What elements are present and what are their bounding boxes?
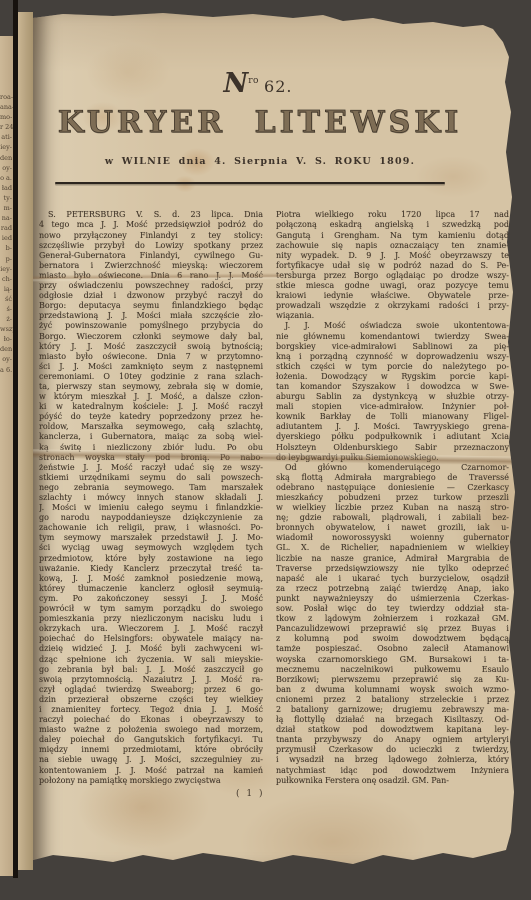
text-line: za rzecz potrzebną zaiąć twierdzę Anap, … [276, 584, 509, 594]
dateline: w WILNIE dnia 4. Sierpnia V. S. ROKU 180… [19, 156, 501, 167]
text-line: J. J. Mość oświadcza swoie ukontentowa- [276, 321, 509, 331]
text-line: Traverse przedsięwziowszy nie tylko odep… [276, 564, 509, 574]
text-line: szczęśliwie przybył do Lowizy spotkany p… [39, 241, 263, 251]
text-line: nę; gdzie rabowali, plądrowali, i zabiia… [276, 513, 509, 523]
text-line: borgskiey vice-admirałowi Sablinowi za p… [276, 342, 509, 352]
fragment-line: ło- [0, 334, 12, 344]
text-line: żyć powinszowanie pomyślnego przybycia d… [39, 321, 263, 331]
fragment-line: p- [0, 254, 12, 264]
text-line: mali stopien vice-admirałow. Inżynier po… [276, 402, 509, 412]
text-line: ta, pierwszy stan seymowy, zebrała się w… [39, 382, 263, 392]
fragment-line: ch- [0, 274, 12, 284]
text-line: Pancazulidzewowi przeprawić się przez Bu… [276, 624, 509, 634]
text-line: kontentowaniem J. J. Mość patrzał na kam… [39, 766, 263, 776]
text-line: pułkownika Ferstera onę osadził. GM. Pan… [276, 776, 509, 786]
text-line: zachowanie ich religii, praw, i własnośc… [39, 523, 263, 533]
text-line: liczbie na nasze granice, Admirał Margra… [276, 554, 509, 564]
text-line: ści J. J. Mości zamknięto seym z następn… [39, 362, 263, 372]
text-line: dzin przezierał obszerne części tey wiel… [39, 695, 263, 705]
text-line: przy oświadczeniu powszechney radości, p… [39, 281, 263, 291]
text-line: 4 tego mca J. J. Mość przedsięwzioł podr… [39, 220, 263, 230]
text-line: wiązania. [276, 311, 509, 321]
fragment-line: o a. [0, 173, 12, 183]
fragment-line: ana- [0, 102, 12, 112]
text-line: Borzikowi; pierwszemu przeprawić się za … [276, 675, 509, 685]
text-line: Borgo: deputacya seymu finlandzkiego będ… [39, 301, 263, 311]
text-line: okrzykach ura. Wieczorem J. J. Mość racz… [39, 624, 263, 634]
text-line: którey tłumaczenie kanclerz ogłosił seym… [39, 584, 263, 594]
text-line: stkie miesca godne uwagi, oraz pozycye t… [276, 281, 509, 291]
text-line: przymusił Czerkasow do ucieczki z twierd… [276, 745, 509, 755]
text-line: kanclerza, i Gubernatora, maiąc za sobą … [39, 432, 263, 442]
issue-number: Nro 62. [17, 68, 499, 99]
text-line: odebrano następuiące doniesienie — Czerk… [276, 483, 509, 493]
text-line: fortyfikacye udał się w podróż nazad do … [276, 261, 509, 271]
page-number: ( 1 ) [236, 789, 264, 799]
fragment-line: ż- [0, 314, 12, 324]
text-line: żeństwie J. J. Mość raczył udać się ze w… [39, 463, 263, 473]
text-line: czył oglądać twierdzę Sweaborg; przez 6 … [39, 685, 263, 695]
text-line: tnanta przybywszy do Anapy ogniem artyle… [276, 735, 509, 745]
text-line: adiutantem J. J. Mości. Tawryyskiego gre… [276, 422, 509, 432]
text-line: ki w katedralnym kościele: J. J. Mość ra… [39, 402, 263, 412]
text-line: nity wypadek. D. 9 J. J. Mość obeyrzawsz… [276, 251, 509, 261]
text-line: mieszkańcy pobudzeni przez turkow przesz… [276, 493, 509, 503]
text-line: tamże pospieszać. Osobno zalecił Atamano… [276, 644, 509, 654]
fragment-line: ied [0, 233, 12, 243]
text-line: Gangutą i Grengham. Na tym kamieniu dotą… [276, 231, 509, 241]
fragment-line: den [0, 153, 12, 163]
issue-number-value: 62. [264, 77, 292, 96]
newspaper-title: KURYER LITEWSKI [19, 105, 501, 140]
fragment-line: na- [0, 213, 12, 223]
text-line: GL. X. de Richelier, napadnieniem w wiel… [276, 543, 509, 553]
text-line: dząc spełnione ich życzenia. W sali miey… [39, 655, 263, 665]
text-line: cym. Po zakończoney sessyi J. J. Mość [39, 594, 263, 604]
text-line: dział statkow pod dowodztwem kapitana le… [276, 725, 509, 735]
text-line: napaść ale i ukarać tych burzycielow, os… [276, 574, 509, 584]
text-line: który J. J. Mość zaszczycił swoią bytnoś… [39, 342, 263, 352]
masthead-rule [55, 182, 445, 184]
scanned-newspaper-screenshot: { "masthead": { "issue_prefix": "N", "is… [0, 0, 531, 900]
text-line: raczył poiechać do Ekonas i obeyrzawszy … [39, 715, 263, 725]
article-column-right: Piotra wielkiego roku 1720 lipca 17 nadp… [276, 210, 509, 785]
text-line: Piotra wielkiego roku 1720 lipca 17 nad [276, 210, 509, 220]
text-line: kową, J. J. Mość zamknoł posiedzenie mow… [39, 574, 263, 584]
text-line: swoią przytomnością. Nazaiutrz J. J. Moś… [39, 675, 263, 685]
text-line: powrócił w tym samym porządku do swoiego [39, 604, 263, 614]
text-line: roldow, Marszałka seymowego, całą szlach… [39, 422, 263, 432]
text-line: natychmiast idąc pod dowodztwem Inżynier… [276, 766, 509, 776]
text-line: tersburga przez Borgo oglądaiąc po drodz… [276, 271, 509, 281]
text-line: nowo przyłączoney Finlandyi z tey stolic… [39, 231, 263, 241]
text-line: i znamienitey fortecy. Tegoż dnia J. J. … [39, 705, 263, 715]
fragment-line: wszy- [0, 324, 12, 334]
text-line: przedmiotow, które były zostawione na ie… [39, 554, 263, 564]
text-line: sow. Posłał więc do tey twierdzy oddział… [276, 604, 509, 614]
text-line: miasto ważne z położenia swoiego nad mor… [39, 725, 263, 735]
text-line: go narodu naypoddanieysze dziękczynienie… [39, 513, 263, 523]
text-line: mecznemu naczelnikowi pułkowemu Esaulo [276, 665, 509, 675]
text-line: tym seymowy marszałek przedstawił J. J. … [39, 533, 263, 543]
issue-number-superscript: ro [248, 76, 259, 86]
text-line: póyść do teyże katedry poprzedzony przez… [39, 412, 263, 422]
text-line: stronach woyska stały pod bronią. Po nab… [39, 453, 263, 463]
fragment-line: b- [0, 243, 12, 253]
text-line: i wysadził na brzeg lądowego żołnierza, … [276, 755, 509, 765]
fragment-line: oy- [0, 163, 12, 173]
text-line: dzieię widzieć J. J. Mość byli zachwycen… [39, 644, 263, 654]
text-line: z kolumną pod swoim dowodztwem będącą [276, 634, 509, 644]
text-line: w którym mieszkał J. J. Mość, a dalsze c… [39, 392, 263, 402]
text-line: kraiowi iedynie właściwe. Obywatele prze… [276, 291, 509, 301]
text-line: Generał-Gubernatora Finlandyi, cywilnego… [39, 251, 263, 261]
text-line: kną i porządną czynność w doprowadzeniu … [276, 352, 509, 362]
text-line: do leybgwardyi pułku Siemionowskiego. [276, 453, 509, 463]
article-column-left: S. PETERSBURG V. S. d. 23 lipca. Dnia4 t… [39, 210, 263, 785]
text-line: odgłosie dział i dzwonow przybyć raczył … [39, 291, 263, 301]
text-line: cnionemi przez 2 bataliony strzeleckie i… [276, 695, 509, 705]
text-line: dyerskiego półku podpułkownik i adiutant… [276, 432, 509, 442]
text-line: połączoną eskadrą angielską i szwedzką p… [276, 220, 509, 230]
fragment-line: ty- [0, 193, 12, 203]
text-line: stkiemi urzędnikami seymu do sali powsze… [39, 473, 263, 483]
text-line: J. Mości w imieniu całego seymu i finlan… [39, 503, 263, 513]
article-body: S. PETERSBURG V. S. d. 23 lipca. Dnia4 t… [39, 210, 515, 785]
fragment-line: iey- [0, 142, 12, 152]
text-line: między innemi przedmiotami, które obróci… [39, 745, 263, 755]
fragment-line: ś- [0, 304, 12, 314]
fragment-line: ią- [0, 284, 12, 294]
text-line: tan komandor Szyszakow i dowodzca w Swe- [276, 382, 509, 392]
text-line: Od główno komenderuiącego Czarnomor- [276, 463, 509, 473]
newspaper-page: Nro 62. KURYER LITEWSKI w WILNIE dnia 4.… [33, 12, 515, 866]
text-line: Holszteyn Oldenburskiego Sabir przeznacz… [276, 443, 509, 453]
text-line: ską flottą Admirała margrabiego de Trave… [276, 473, 509, 483]
text-line: bronnych obywatelow, i nawet grozili, ia… [276, 523, 509, 533]
text-line: zachowuie się napis oznaczaiący ten znam… [276, 241, 509, 251]
fragment-line: ść [0, 294, 12, 304]
previous-page-text-fragments: roa-ana-mo-r 24ati-iey-denoy-o a.ładty-m… [0, 36, 13, 375]
text-line: daley poiechał do Gangutskich fortyfikac… [39, 735, 263, 745]
text-line: Borgo. Wieczorem członki seymowe dały ba… [39, 332, 263, 342]
fragment-line: mo- [0, 112, 12, 122]
text-line: prowadzali wszędzie z okrzykami radości … [276, 301, 509, 311]
text-line: łą flottyllę działać na brzegach Kisilta… [276, 715, 509, 725]
fragment-line: a 6. [0, 365, 12, 375]
fragment-line: den [0, 344, 12, 354]
text-line: ban z dwuma kolumnami woysk swoich wzmo- [276, 685, 509, 695]
page-fold-margin [18, 12, 33, 870]
text-line: S. PETERSBURG V. S. d. 23 lipca. Dnia [39, 210, 263, 220]
text-line: wiadomił noworossyyski woienny gubernato… [276, 533, 509, 543]
text-line: na siebie uwagę J. J. Mości, szczegulnie… [39, 755, 263, 765]
fragment-line: ati- [0, 132, 12, 142]
text-line: stkich części w tym porcie do należytego… [276, 362, 509, 372]
text-line: poiechać do Helsingfors: obywatele maiąc… [39, 634, 263, 644]
text-line: bernatora i Zwierzchność mieyską: wieczo… [39, 261, 263, 271]
text-line: łożenia. Dowodzący w Rygskim porcie kapi… [276, 372, 509, 382]
text-line: uważanie. Kiedy Kanclerz przeczytał treś… [39, 564, 263, 574]
text-line: go zebrania był bal: J. J. Mość zaszczyc… [39, 665, 263, 675]
text-line: pomieszkania przy niezliczonym nacisku l… [39, 614, 263, 624]
text-line: nego zebrania seymowego. Tam marszałek [39, 483, 263, 493]
fragment-line: rad [0, 223, 12, 233]
text-line: tkow z lądowym żołnierzem i rozkazał GM. [276, 614, 509, 624]
previous-page-edge: roa-ana-mo-r 24ati-iey-denoy-o a.ładty-m… [0, 36, 13, 876]
text-line: aburgu Sablin za dystynkcyą w służbie ot… [276, 392, 509, 402]
text-line: ści wyciąg uwag seymowych względem tych [39, 543, 263, 553]
text-line: miasto było oświecone. Dnia 6 rano J. J.… [39, 271, 263, 281]
fragment-line: oy- [0, 354, 12, 364]
text-line: szlachty i mówcy innych stanow składali … [39, 493, 263, 503]
text-line: ceremoniami. O 10tey godzinie z rana szl… [39, 372, 263, 382]
fragment-line: iey- [0, 264, 12, 274]
fragment-line: roa- [0, 92, 12, 102]
text-line: 2 bataliony garnizowe; drugiemu zebrawsz… [276, 705, 509, 715]
text-line: punkt nayważnieyszy do uśmierzenia Czerk… [276, 594, 509, 604]
text-line: woyska czarnomorskiego GM. Bursakowi i t… [276, 655, 509, 665]
fragment-line: r 24 [0, 122, 12, 132]
text-line: kownik Barkłay de Tolli mianowany Fligel… [276, 412, 509, 422]
text-line: miasto było oświecone. Dnia 7 w przytomn… [39, 352, 263, 362]
fragment-line: ład [0, 183, 12, 193]
fragment-line: m- [0, 203, 12, 213]
text-line: nie głównemu komendantowi twierdzy Swea- [276, 332, 509, 342]
text-line: położony na pamiątkę morskiego zwycięstw… [39, 776, 263, 786]
text-line: w wielkiey liczbie przez Kuban na naszą … [276, 503, 509, 513]
text-line: ką świtę i niezliczony zbiór ludu. Po ob… [39, 443, 263, 453]
text-line: przedstawioną J. J. Mości miała szczęści… [39, 311, 263, 321]
issue-number-prefix: N [224, 68, 249, 99]
